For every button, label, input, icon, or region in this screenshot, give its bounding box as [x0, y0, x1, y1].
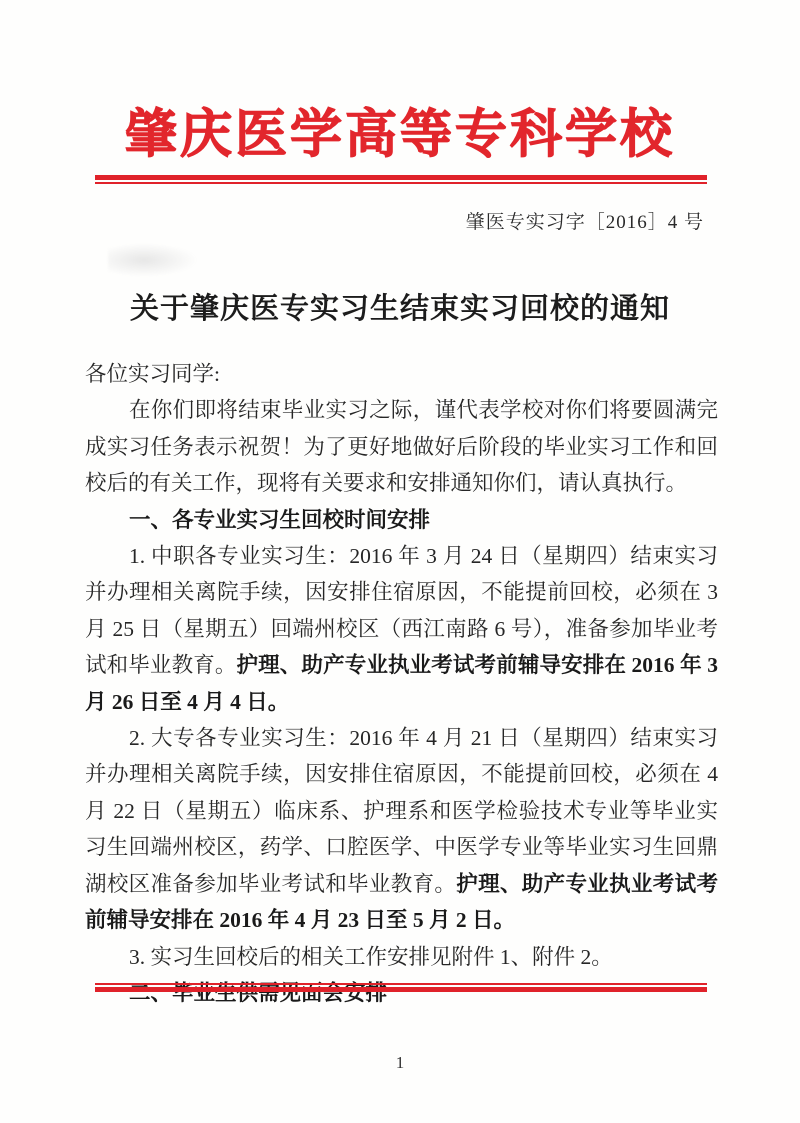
paragraph-item-3: 3. 实习生回校后的相关工作安排见附件 1、附件 2。 — [85, 939, 718, 975]
scanned-notice-page: 肇庆医学高等专科学校 肇医专实习字［2016］4 号 关于肇庆医专实习生结束实习… — [0, 0, 800, 1123]
notice-body: 各位实习同学: 在你们即将结束毕业实习之际，谨代表学校对你们将要圆满完成实习任务… — [85, 356, 718, 1011]
letterhead-red-rule — [95, 175, 707, 184]
page-number: 1 — [0, 1053, 800, 1073]
red-rule-thick — [95, 175, 707, 180]
red-rule-thin — [95, 182, 707, 184]
salutation: 各位实习同学: — [85, 356, 718, 392]
school-name-letterhead: 肇庆医学高等专科学校 — [0, 92, 800, 167]
document-reference-number: 肇医专实习字［2016］4 号 — [466, 207, 704, 234]
section-heading-1: 一、各专业实习生回校时间安排 — [85, 502, 718, 538]
red-rule-thin — [95, 983, 707, 985]
paragraph-intro: 在你们即将结束毕业实习之际，谨代表学校对你们将要圆满完成实习任务表示祝贺！为了更… — [85, 392, 718, 501]
red-rule-thick — [95, 987, 707, 992]
section-heading-2: 二、毕业生供需见面会安排 — [85, 975, 718, 1011]
footer-red-rule — [95, 983, 707, 992]
paragraph-item-2: 2. 大专各专业实习生：2016 年 4 月 21 日（星期四）结束实习并办理相… — [85, 720, 718, 938]
paragraph-item-1: 1. 中职各专业实习生：2016 年 3 月 24 日（星期四）结束实习并办理相… — [85, 538, 718, 720]
notice-title: 关于肇庆医专实习生结束实习回校的通知 — [0, 286, 800, 327]
scan-smudge — [108, 243, 198, 277]
